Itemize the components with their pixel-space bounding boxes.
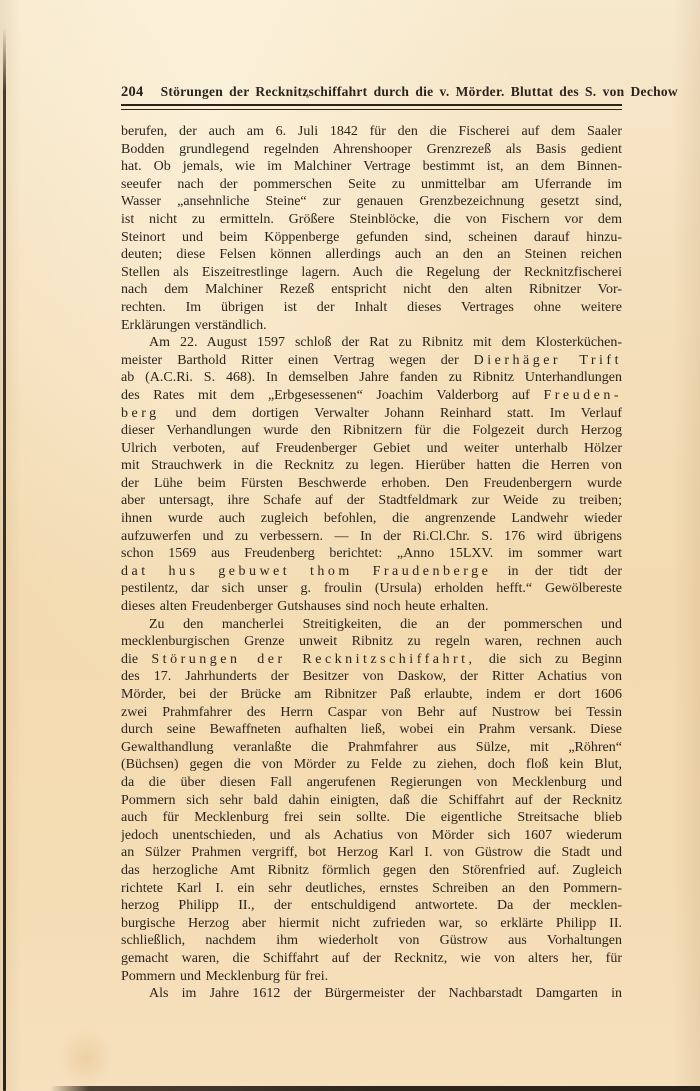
text-line: ab (A.C.Ri. S. 468). In demselben Jahre …: [121, 369, 622, 387]
text-segment: die sich zu Beginn: [476, 652, 622, 667]
text-line: die Störungen der Recknitzschiffahrt, di…: [121, 651, 622, 669]
text-line: das herzogliche Amt Ribnitz förmlich geg…: [121, 862, 622, 880]
text-line: jedoch unentschieden, und als Achatius v…: [121, 827, 622, 845]
text-line: berg und dem dortigen Verwalter Johann R…: [121, 405, 622, 423]
text-line: aufzuwerfen und zu verbessern. — In der …: [121, 528, 622, 546]
binding-shadow: [3, 28, 6, 1091]
paragraph: Zu den mancherlei Streitigkeiten, die an…: [121, 616, 622, 985]
text-line: Mörder, bei der Brücke am Ribnitzer Paß …: [121, 686, 622, 704]
text-line: (Büchsen) gegen die von Mörder zu Felde …: [121, 756, 622, 774]
text-segment: des Rates mit dem „Erbgesessenen“ Joachi…: [121, 388, 543, 403]
text-line: richtete Karl I. ein sehr deutliches, er…: [121, 880, 622, 898]
text-line: rechten. Im übrigen ist der Inhalt diese…: [121, 299, 622, 317]
paragraph: berufen, der auch am 6. Juli 1842 für de…: [121, 123, 622, 334]
text-line: Stellen als Eiszeitrestlinge lagern. Auc…: [121, 264, 622, 282]
text-line: durch seine Bewaffneten aufhalten ließ, …: [121, 721, 622, 739]
text-line: des Rates mit dem „Erbgesessenen“ Joachi…: [121, 387, 622, 405]
letterspaced-text: dat hus gebuwet thom Fraudenberge: [121, 564, 491, 579]
text-line: burgische Herzog aber hiermit nicht zufr…: [121, 915, 622, 933]
scan-edge-bottom: [50, 1086, 700, 1091]
text-line: Als im Jahre 1612 der Bürgermeister der …: [121, 985, 622, 1003]
text-line: Pommern und Mecklenburg für frei.: [121, 968, 622, 986]
letterspaced-text: Störungen der Recknitzschiffahrt,: [151, 652, 475, 667]
text-line: schon 1569 aus Freudenberg berichtet: „A…: [121, 545, 622, 563]
book-page-scan: 204 Störungen der Recknitzschiffahrt dur…: [0, 0, 700, 1091]
text-line: Gewalthandlung veranlaßte die Prahmfahre…: [121, 739, 622, 757]
letterspaced-text: Freuden-: [543, 388, 622, 403]
text-line: zwei Prahmfahrer des Herrn Caspar von Be…: [121, 704, 622, 722]
paragraph: Als im Jahre 1612 der Bürgermeister der …: [121, 985, 622, 1003]
text-segment: in der tidt der: [491, 564, 622, 579]
text-line: seeufer nach der pommerschen Seite zu un…: [121, 176, 622, 194]
text-line: des 17. Jahrhunderts der Besitzer von Da…: [121, 668, 622, 686]
text-line: Ulrich verboten, auf Freudenberger Gebie…: [121, 440, 622, 458]
text-segment: meister Barthold Ritter einen Vertrag we…: [121, 353, 474, 368]
text-line: mit Strauchwerk in die Recknitz zu legen…: [121, 457, 622, 475]
text-line: gemacht waren, die Schiffahrt auf der Re…: [121, 950, 622, 968]
running-title: Störungen der Recknitzschiffahrt durch d…: [161, 84, 678, 100]
header-rule: [121, 104, 622, 110]
text-line: an Sülzer Prahmen vergriff, bot Herzog K…: [121, 844, 622, 862]
page-header: 204 Störungen der Recknitzschiffahrt dur…: [121, 84, 622, 101]
text-line: nach dem Malchiner Rezeß entspricht nich…: [121, 281, 622, 299]
text-line: mecklenburgischen Grenze unweit Ribnitz …: [121, 633, 622, 651]
text-line: Wasser „ansehnliche Steine“ zur genauen …: [121, 193, 622, 211]
text-line: Pommern sich sehr bald dahin einigten, d…: [121, 792, 622, 810]
text-line: ihnen wurde auch zugleich befohlen, die …: [121, 510, 622, 528]
text-segment: die: [121, 652, 151, 667]
text-line: da die über diesen Fall angerufenen Regi…: [121, 774, 622, 792]
text-line: auch für Mecklenburg frei sein sollte. D…: [121, 809, 622, 827]
text-line: dieses alten Freudenberger Gutshauses si…: [121, 598, 622, 616]
page-number: 204: [121, 84, 144, 101]
letterspaced-text: Dierhäger Trift: [474, 353, 622, 368]
text-line: hat. Ob jemals, wie im Malchiner Vertrag…: [121, 158, 622, 176]
text-line: herzog Philipp II., der entschuldigend a…: [121, 897, 622, 915]
text-column: 204 Störungen der Recknitzschiffahrt dur…: [121, 84, 622, 1003]
text-line: meister Barthold Ritter einen Vertrag we…: [121, 352, 622, 370]
paragraph: Am 22. August 1597 schloß der Rat zu Rib…: [121, 334, 622, 616]
text-line: dat hus gebuwet thom Fraudenberge in der…: [121, 563, 622, 581]
text-segment: und dem dortigen Verwalter Johann Reinha…: [160, 406, 622, 421]
letterspaced-text: berg: [121, 406, 160, 421]
text-line: ist nicht zu ermitteln. Größere Steinblö…: [121, 211, 622, 229]
paper-stain: [58, 1028, 114, 1088]
text-line: aber untersagt, ihre Schafe auf der Stad…: [121, 492, 622, 510]
text-line: Zu den mancherlei Streitigkeiten, die an…: [121, 616, 622, 634]
text-line: berufen, der auch am 6. Juli 1842 für de…: [121, 123, 622, 141]
page-body: berufen, der auch am 6. Juli 1842 für de…: [121, 123, 622, 1003]
text-line: schließlich, nachdem ihm wiederholt von …: [121, 932, 622, 950]
text-line: deuten; diese Felsen können allerdings a…: [121, 246, 622, 264]
text-line: Bodden grundlegend regelnden Ahrenshoope…: [121, 141, 622, 159]
text-line: dieser Verhandlungen wurde den Ribnitzer…: [121, 422, 622, 440]
text-line: pestilentz, dar sich unser g. froulin (U…: [121, 580, 622, 598]
text-line: Erklärungen verständlich.: [121, 317, 622, 335]
text-line: Am 22. August 1597 schloß der Rat zu Rib…: [121, 334, 622, 352]
text-line: der Lühe beim Fürsten Beschwerde erhoben…: [121, 475, 622, 493]
text-line: Steinort und beim Köppenberge gefunden s…: [121, 229, 622, 247]
